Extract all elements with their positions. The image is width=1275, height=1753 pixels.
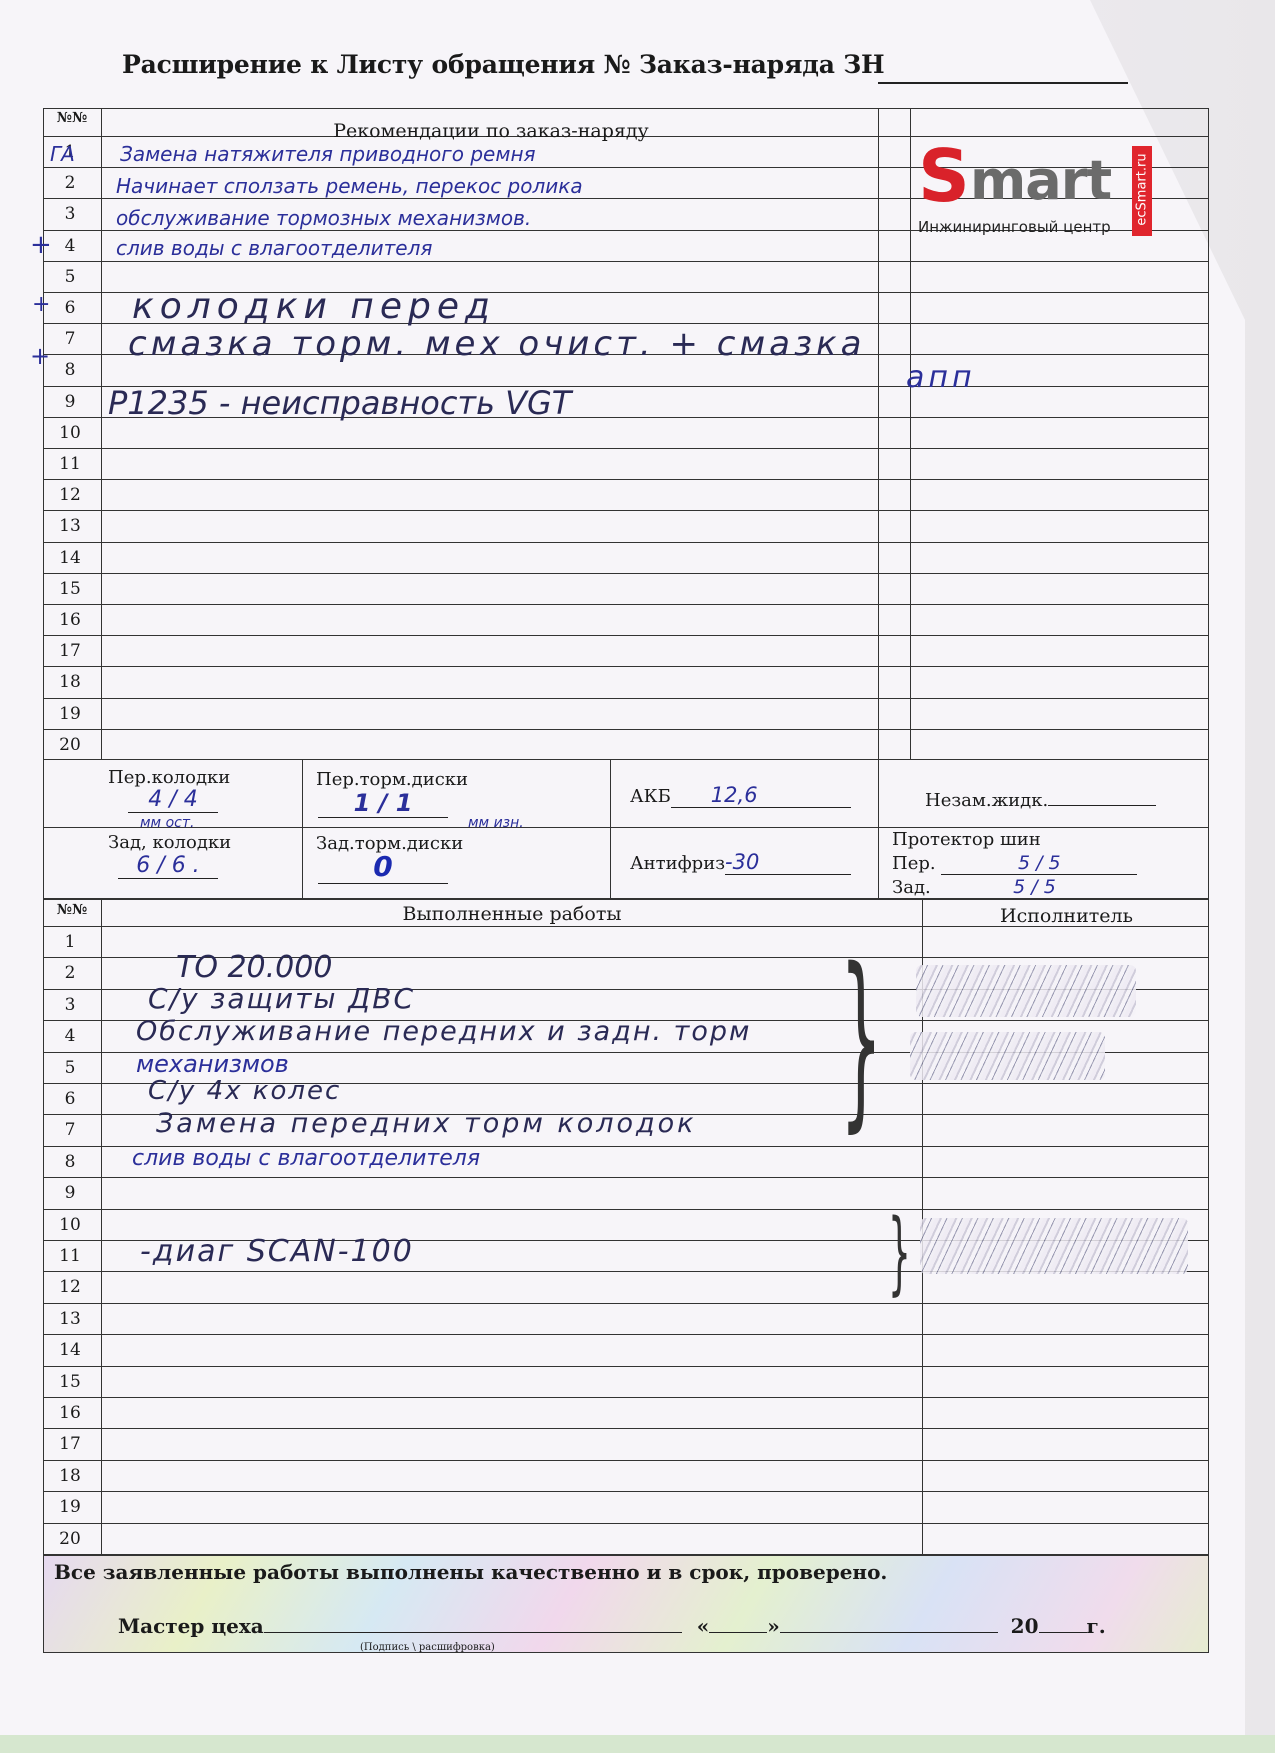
row-divider xyxy=(43,448,1209,449)
work-entry: -диаг SCAN-100 xyxy=(140,1234,414,1269)
row-divider xyxy=(43,729,1209,730)
row-number: 15 xyxy=(43,1372,97,1392)
row-number: 11 xyxy=(43,1246,97,1266)
washer-value[interactable] xyxy=(1048,787,1156,806)
rec-margin-mark-4: + xyxy=(30,230,52,260)
row-divider xyxy=(43,666,1209,667)
work-entry: ТО 20.000 xyxy=(176,950,332,985)
row-divider xyxy=(43,1491,1209,1492)
tread-rear-value[interactable]: 5 / 5 xyxy=(937,876,1133,899)
work-entry: С/у 4х колес xyxy=(148,1076,341,1106)
battery-label: АКБ12,6 xyxy=(630,783,851,808)
year-field[interactable] xyxy=(1039,1612,1087,1633)
row-divider xyxy=(43,1177,1209,1178)
row-number: 19 xyxy=(43,704,97,724)
tread-rear-label: Зад. 5 / 5 xyxy=(892,876,1133,899)
logo-s-glyph: S xyxy=(918,140,970,212)
battery-value[interactable]: 12,6 xyxy=(671,783,851,808)
rec-entry: смазка торм. мех очист. + смазка xyxy=(128,324,865,364)
row-number: 14 xyxy=(43,548,97,568)
row-divider xyxy=(43,698,1209,699)
row-number: 7 xyxy=(43,1120,97,1140)
row-number: 11 xyxy=(43,454,97,474)
divider xyxy=(43,827,1209,828)
rec-margin-mark-7: + xyxy=(30,342,50,370)
row-number: 6 xyxy=(43,298,97,318)
front-pads-value[interactable]: 4 / 4 xyxy=(128,787,218,813)
column-divider xyxy=(101,108,102,760)
row-divider xyxy=(43,1334,1209,1335)
signature-caption: (Подпись \ расшифровка) xyxy=(360,1642,495,1653)
master-signature-field[interactable] xyxy=(264,1612,682,1633)
works-num-header: №№ xyxy=(43,902,101,918)
row-number: 3 xyxy=(43,204,97,224)
divider xyxy=(878,760,879,900)
row-number: 7 xyxy=(43,329,97,349)
row-number: 5 xyxy=(43,1058,97,1078)
row-number: 16 xyxy=(43,610,97,630)
row-number: 17 xyxy=(43,641,97,661)
row-number: 8 xyxy=(43,360,97,380)
row-number: 15 xyxy=(43,579,97,599)
row-number: 14 xyxy=(43,1340,97,1360)
rec-margin-mark-6: + xyxy=(32,292,50,317)
row-number: 13 xyxy=(43,516,97,536)
row-divider xyxy=(43,1209,1209,1210)
row-number: 10 xyxy=(43,423,97,443)
row-divider xyxy=(43,635,1209,636)
rec-entry: колодки перед xyxy=(132,286,496,327)
tread-front-label: Пер. 5 / 5 xyxy=(892,852,1137,875)
row-number: 16 xyxy=(43,1403,97,1423)
works-executor-header: Исполнитель xyxy=(924,905,1209,927)
executor-signature-redacted xyxy=(920,1218,1188,1274)
row-divider xyxy=(43,510,1209,511)
row-number: 12 xyxy=(43,1277,97,1297)
row-number: 18 xyxy=(43,672,97,692)
rec-num-header: №№ xyxy=(43,110,101,126)
works-text-header: Выполненные работы xyxy=(102,903,922,925)
front-discs-note: мм изн. xyxy=(468,815,524,831)
rec-text-header: Рекомендации по заказ-наряду xyxy=(102,120,880,142)
row-divider xyxy=(43,1523,1209,1524)
row-divider xyxy=(43,261,1209,262)
day-field[interactable] xyxy=(709,1612,767,1633)
master-signature-line: Мастер цеха «» 20г. xyxy=(118,1612,1106,1638)
logo-site-tag: ecSmart.ru xyxy=(1132,146,1152,236)
column-divider xyxy=(878,108,879,760)
rec-margin-mark-1: ГА xyxy=(50,142,75,166)
month-field[interactable] xyxy=(780,1612,998,1633)
row-divider xyxy=(43,1460,1209,1461)
front-discs-label: Пер.торм.диски xyxy=(316,769,468,790)
row-divider xyxy=(43,542,1209,543)
work-entry: слив воды с влагоотделителя xyxy=(132,1146,480,1171)
work-entry: С/у защиты ДВС xyxy=(148,982,415,1015)
scanner-edge xyxy=(0,1735,1275,1753)
group-brace-icon: } xyxy=(888,1208,911,1298)
work-entry: механизмов xyxy=(136,1050,289,1078)
row-divider xyxy=(43,1366,1209,1367)
group-brace-icon: } xyxy=(840,944,882,1134)
row-number: 3 xyxy=(43,995,97,1015)
order-number-field[interactable] xyxy=(878,82,1128,84)
rear-pads-value[interactable]: 6 / 6 . xyxy=(118,853,218,879)
rear-pads-label: Зад, колодки xyxy=(108,832,231,853)
front-discs-value[interactable]: 1 / 1 xyxy=(318,789,448,818)
row-number: 20 xyxy=(43,735,97,755)
antifreeze-label: Антифриз-30 xyxy=(630,850,851,875)
rec-entry: апп xyxy=(906,360,976,395)
logo-subtitle: Инжиниринговый центр xyxy=(918,218,1111,236)
row-number: 19 xyxy=(43,1497,97,1517)
row-number: 13 xyxy=(43,1309,97,1329)
front-pads-note: мм ост. xyxy=(140,815,194,831)
row-divider xyxy=(43,604,1209,605)
row-number: 9 xyxy=(43,1183,97,1203)
column-divider xyxy=(101,898,102,1555)
executor-signature-redacted xyxy=(910,1032,1105,1080)
column-divider xyxy=(910,108,911,760)
row-number: 18 xyxy=(43,1466,97,1486)
tread-front-value[interactable]: 5 / 5 xyxy=(941,852,1137,875)
row-number: 4 xyxy=(43,1026,97,1046)
rec-entry: P1235 - неисправность VGT xyxy=(108,384,571,422)
rec-entry: Замена натяжителя приводного ремня xyxy=(120,142,536,166)
row-divider xyxy=(43,1303,1209,1304)
rec-entry: слив воды с влагоотделителя xyxy=(116,236,432,260)
divider xyxy=(302,760,303,900)
washer-label: Незам.жидк. xyxy=(925,787,1156,811)
row-number: 5 xyxy=(43,267,97,287)
front-pads-label: Пер.колодки xyxy=(108,767,230,788)
row-number: 6 xyxy=(43,1089,97,1109)
row-number: 10 xyxy=(43,1215,97,1235)
footer-statement: Все заявленные работы выполнены качестве… xyxy=(54,1560,887,1584)
row-divider xyxy=(43,1428,1209,1429)
work-entry: Обслуживание передних и задн. торм xyxy=(136,1016,751,1047)
divider xyxy=(610,760,611,900)
executor-signature-redacted xyxy=(916,965,1136,1017)
rec-entry: обслуживание тормозных механизмов. xyxy=(116,206,531,230)
row-number: 1 xyxy=(43,932,97,952)
row-number: 2 xyxy=(43,173,97,193)
work-entry: Замена передних торм колодок xyxy=(156,1108,697,1139)
smart-logo: S mart Инжиниринговый центр ecSmart.ru xyxy=(918,148,1158,240)
logo-brand-text: mart xyxy=(970,154,1111,208)
row-number: 9 xyxy=(43,392,97,412)
row-number: 20 xyxy=(43,1529,97,1549)
rec-entry: Начинает сползать ремень, перекос ролика xyxy=(116,174,583,198)
tread-label: Протектор шин xyxy=(892,829,1041,850)
antifreeze-value[interactable]: -30 xyxy=(725,850,851,875)
row-divider xyxy=(43,479,1209,480)
row-number: 2 xyxy=(43,963,97,983)
row-divider xyxy=(43,573,1209,574)
row-number: 12 xyxy=(43,485,97,505)
row-divider xyxy=(43,1397,1209,1398)
row-number: 8 xyxy=(43,1152,97,1172)
document-title: Расширение к Листу обращения № Заказ-нар… xyxy=(122,50,884,79)
row-number: 17 xyxy=(43,1434,97,1454)
rear-discs-value[interactable]: 0 xyxy=(318,850,448,884)
